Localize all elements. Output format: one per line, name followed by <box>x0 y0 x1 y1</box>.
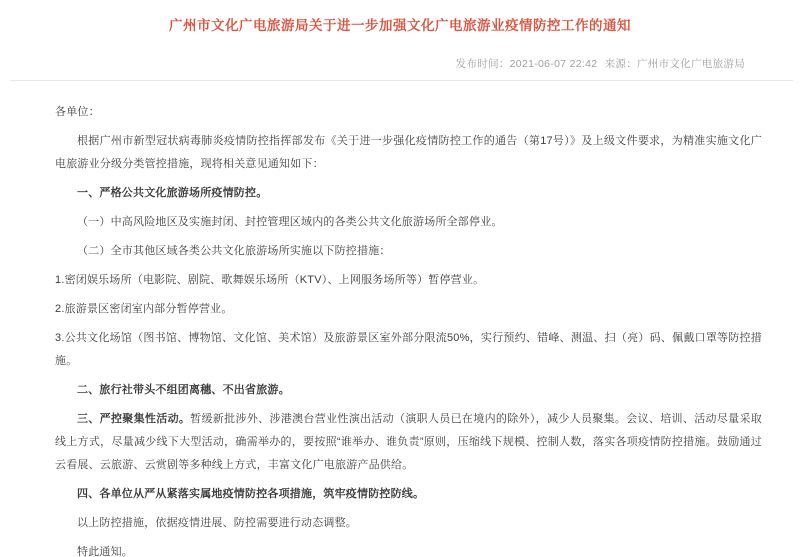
paragraph: （二）全市其他区域各类公共文化旅游场所实施以下防控措施： <box>55 240 762 263</box>
paragraph: 三、严控聚集性活动。暂缓新批涉外、涉港澳台营业性演出活动（演职人员已在境内的除外… <box>55 408 762 477</box>
notice-page: 广州市文化广电旅游局关于进一步加强文化广电旅游业疫情防控工作的通知 发布时间：2… <box>0 0 800 557</box>
paragraph-text: （二）全市其他区域各类公共文化旅游场所实施以下防控措施： <box>77 245 391 257</box>
paragraph: （一）中高风险地区及实施封闭、封控管理区域内的各类公共文化旅游场所全部停业。 <box>55 211 762 234</box>
paragraph: 以上防控措施，依据疫情进展、防控需要进行动态调整。 <box>55 512 762 535</box>
article-body: 各单位：根据广州市新型冠状病毒肺炎疫情防控指挥部发布《关于进一步强化疫情防控工作… <box>0 81 800 557</box>
paragraph: 四、各单位从严从紧落实属地疫情防控各项措施，筑牢疫情防控防线。 <box>55 483 762 506</box>
source-value: 广州市文化广电旅游局 <box>637 58 745 70</box>
paragraph-text: （一）中高风险地区及实施封闭、封控管理区域内的各类公共文化旅游场所全部停业。 <box>77 216 503 228</box>
paragraph-text: 以上防控措施，依据疫情进展、防控需要进行动态调整。 <box>77 517 357 529</box>
paragraph: 一、严格公共文化旅游场所疫情防控。 <box>55 182 762 205</box>
paragraph: 根据广州市新型冠状病毒肺炎疫情防控指挥部发布《关于进一步强化疫情防控工作的通告（… <box>55 130 762 176</box>
article-title: 广州市文化广电旅游局关于进一步加强文化广电旅游业疫情防控工作的通知 <box>0 0 800 34</box>
paragraph: 特此通知。 <box>55 541 762 557</box>
paragraph-lead: 四、各单位从严从紧落实属地疫情防控各项措施，筑牢疫情防控防线。 <box>77 488 424 500</box>
paragraph: 1.密闭娱乐场所（电影院、剧院、歌舞娱乐场所（KTV）、上网服务场所等）暂停营业… <box>55 269 762 292</box>
paragraph-text: 3.公共文化场馆（图书馆、博物馆、文化馆、美术馆）及旅游景区室外部分限流50%，… <box>55 332 762 367</box>
paragraph: 3.公共文化场馆（图书馆、博物馆、文化馆、美术馆）及旅游景区室外部分限流50%，… <box>55 327 762 373</box>
publish-time-value: 2021-06-07 22:42 <box>510 58 598 70</box>
source-label: 来源： <box>605 58 637 70</box>
paragraph-text: 特此通知。 <box>77 546 133 557</box>
paragraph: 各单位： <box>55 101 762 124</box>
publish-time-label: 发布时间： <box>456 58 510 70</box>
paragraph-text: 1.密闭娱乐场所（电影院、剧院、歌舞娱乐场所（KTV）、上网服务场所等）暂停营业… <box>55 274 484 286</box>
paragraph: 二、旅行社带头不组团离穗、不出省旅游。 <box>55 379 762 402</box>
paragraph: 2.旅游景区密闭室内部分暂停营业。 <box>55 298 762 321</box>
article-meta: 发布时间：2021-06-07 22:42 来源：广州市文化广电旅游局 <box>0 58 800 70</box>
paragraph-lead: 一、严格公共文化旅游场所疫情防控。 <box>77 187 267 199</box>
paragraph-text: 2.旅游景区密闭室内部分暂停营业。 <box>55 303 233 315</box>
paragraph-lead: 二、旅行社带头不组团离穗、不出省旅游。 <box>77 384 290 396</box>
paragraph-lead: 三、严控聚集性活动。 <box>77 413 190 425</box>
paragraph-text: 根据广州市新型冠状病毒肺炎疫情防控指挥部发布《关于进一步强化疫情防控工作的通告（… <box>55 135 762 170</box>
paragraph-text: 各单位： <box>55 106 100 118</box>
